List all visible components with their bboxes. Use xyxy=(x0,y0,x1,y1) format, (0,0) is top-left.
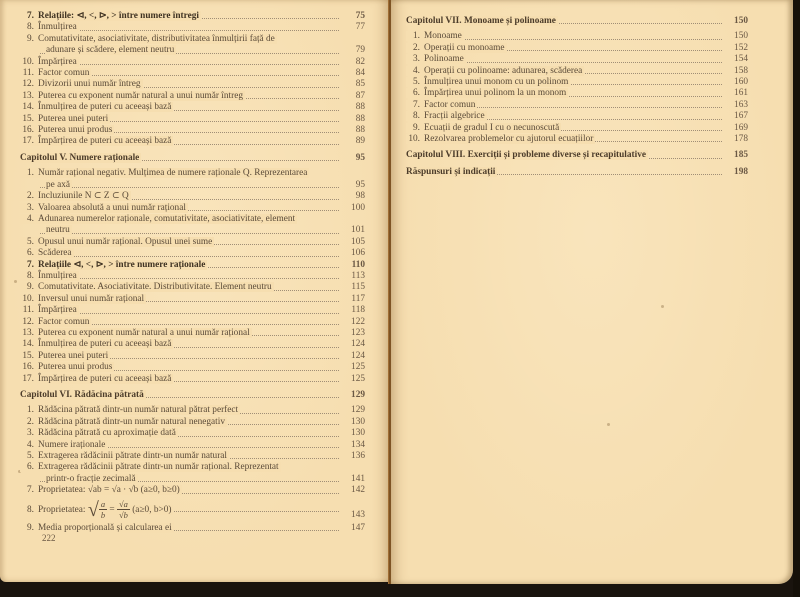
entry-text: Capitolul VIII. Exerciții și probleme di… xyxy=(406,150,646,160)
entry-number: 7. xyxy=(20,11,34,22)
toc-entry[interactable]: 5.Înmulțirea unui monom cu un polinom160 xyxy=(406,77,748,88)
toc-entry[interactable]: 16.Puterea unui produs125 xyxy=(20,362,365,373)
toc-entry[interactable]: 2.Rădăcina pătrată dintr-un număr natura… xyxy=(20,417,365,428)
page-number: 160 xyxy=(722,77,748,88)
entry-text: pe axă xyxy=(46,180,70,190)
entry-text: Monoame xyxy=(424,31,462,41)
toc-entry[interactable]: 11.Împărțirea118 xyxy=(20,305,365,316)
entry-text: Înmulțirea de puteri cu aceeași bază xyxy=(38,102,171,112)
entry-title: 9.Ecuații de gradul I cu o necunoscută xyxy=(406,123,561,133)
toc-entry[interactable]: 17.Împărțirea de puteri cu aceeași bază8… xyxy=(20,136,365,147)
entry-number: 9. xyxy=(20,523,34,534)
entry-title: 10.Inversul unui număr rațional xyxy=(20,294,146,304)
page-number: 77 xyxy=(339,22,365,33)
entry-number: 13. xyxy=(20,91,34,102)
toc-entry[interactable]: 1.Număr rațional negativ. Mulțimea de nu… xyxy=(20,168,365,179)
toc-entry[interactable]: 10.Rezolvarea problemelor cu ajutorul ec… xyxy=(406,134,748,145)
page-number: 82 xyxy=(339,57,365,68)
entry-number: 2. xyxy=(20,417,34,428)
entry-text: printr-o fracție zecimală xyxy=(46,474,136,484)
toc-entry[interactable]: 6.Împărțirea unui polinom la un monom161 xyxy=(406,88,748,99)
paper-stain xyxy=(14,280,17,283)
entry-text: Puterea unui produs xyxy=(38,362,112,372)
entry-title: 14.Înmulțirea de puteri cu aceeași bază xyxy=(20,339,173,349)
page-number: 115 xyxy=(339,282,365,293)
page-number: 113 xyxy=(339,271,365,282)
entry-text: Număr rațional negativ. Mulțimea de nume… xyxy=(38,168,307,178)
toc-entry[interactable]: 10.Inversul unui număr rațional117 xyxy=(20,294,365,305)
entry-title: 13.Puterea cu exponent număr natural a u… xyxy=(20,91,245,101)
toc-entry[interactable]: 6.Extragerea rădăcinii pătrate dintr-un … xyxy=(20,462,365,473)
entry-text: Rădăcina pătrată dintr-un număr natural … xyxy=(38,417,225,427)
page-number: 130 xyxy=(339,417,365,428)
entry-title: 4.Adunarea numerelor raționale, comutati… xyxy=(20,214,297,224)
entry-number: 7. xyxy=(20,485,34,496)
entry-title: 11.Împărțirea xyxy=(20,305,79,315)
formula-label: Proprietatea: xyxy=(38,505,88,515)
left-page: 7.Relațiile: ⊲, <, ⊳, > între numere înt… xyxy=(0,0,389,582)
entry-text: Media proporțională și calcularea ei xyxy=(38,523,172,533)
toc-entry[interactable]: 14.Înmulțirea de puteri cu aceeași bază8… xyxy=(20,102,365,113)
toc-entry[interactable]: 16.Puterea unui produs88 xyxy=(20,125,365,136)
toc-entry[interactable]: 5.Extragerea rădăcinii pătrate dintr-un … xyxy=(20,451,365,462)
toc-entry[interactable]: 15.Puterea unei puteri88 xyxy=(20,114,365,125)
entry-number: 12. xyxy=(20,317,34,328)
entry-title: 3.Polinoame xyxy=(406,54,466,64)
toc-entry[interactable]: 4.Numere iraționale134 xyxy=(20,440,365,451)
toc-entry[interactable]: adunare și scădere, element neutru79 xyxy=(20,45,365,56)
entry-title: 16.Puterea unui produs xyxy=(20,125,114,135)
entry-number: 9. xyxy=(20,34,34,45)
page-number: 75 xyxy=(339,11,365,22)
page-number: 100 xyxy=(339,203,365,214)
page-number: 130 xyxy=(339,428,365,439)
entry-title: 8.Înmulțirea xyxy=(20,22,79,32)
toc-entry[interactable]: 7.Proprietatea: √ab = √a · √b (a≥0, b≥0)… xyxy=(20,485,365,496)
toc-entry[interactable]: 8.Proprietatea: √ab = √a√b (a≥0, b>0)143 xyxy=(20,499,365,521)
entry-number: 13. xyxy=(20,328,34,339)
entry-title: 11.Factor comun xyxy=(20,68,91,78)
toc-entry[interactable]: 14.Înmulțirea de puteri cu aceeași bază1… xyxy=(20,339,365,350)
page-number: 147 xyxy=(339,523,365,534)
entry-title: 13.Puterea cu exponent număr natural a u… xyxy=(20,328,252,338)
toc-entry[interactable]: 3.Rădăcina pătrată cu aproximație dată13… xyxy=(20,428,365,439)
entry-number: 12. xyxy=(20,79,34,90)
toc-entry[interactable]: 4.Operații cu polinoame: adunarea, scăde… xyxy=(406,66,748,77)
entry-number: 4. xyxy=(20,440,34,451)
toc-entry[interactable]: 1.Monoame150 xyxy=(406,31,748,42)
entry-title: 17.Împărțirea de puteri cu aceeași bază xyxy=(20,136,173,146)
entry-text: Înmulțirea unui monom cu un polinom xyxy=(424,77,568,87)
entry-text: adunare și scădere, element neutru xyxy=(46,45,174,55)
toc-chapter-entry[interactable]: Capitolul VIII. Exerciții și probleme di… xyxy=(406,150,748,161)
entry-text: Înmulțirea de puteri cu aceeași bază xyxy=(38,339,171,349)
equals-sign: = xyxy=(107,505,117,515)
entry-title: 6.Extragerea rădăcinii pătrate dintr-un … xyxy=(20,462,281,472)
entry-title: 8.Înmulțirea xyxy=(20,271,79,281)
entry-title: 9.Media proporțională și calcularea ei xyxy=(20,523,174,533)
page-number: 222 xyxy=(42,533,56,543)
page-number: 141 xyxy=(339,474,365,485)
entry-number: 10. xyxy=(20,57,34,68)
entry-title: 7.Proprietatea: √ab = √a · √b (a≥0, b≥0) xyxy=(20,485,182,495)
entry-number: 6. xyxy=(20,248,34,259)
entry-title: pe axă xyxy=(46,180,72,190)
entry-title: 7.Relațiile ⊲, <, ⊳, > între numere rați… xyxy=(20,260,207,270)
entry-title: 8.Fracții algebrice xyxy=(406,111,487,121)
entry-text: Împărțirea unui polinom la un monom xyxy=(424,88,566,98)
entry-title: 5.Înmulțirea unui monom cu un polinom xyxy=(406,77,570,87)
entry-title: 1.Monoame xyxy=(406,31,464,41)
page-number: 101 xyxy=(339,225,365,236)
entry-title: 5.Opusul unui număr rațional. Opusul une… xyxy=(20,237,214,247)
entry-text: Proprietatea: √ab = √a · √b (a≥0, b≥0) xyxy=(38,485,180,495)
entry-number: 8. xyxy=(20,271,34,282)
paper-stain xyxy=(607,423,610,426)
toc-entry[interactable]: 9.Comutativitate, asociativitate, distri… xyxy=(20,34,365,45)
entry-text: Fracții algebrice xyxy=(424,111,485,121)
entry-text: Rădăcina pătrată cu aproximație dată xyxy=(38,428,176,438)
formula-condition: (a≥0, b>0) xyxy=(130,505,172,515)
page-number: 124 xyxy=(339,351,365,362)
toc-chapter-entry[interactable]: Răspunsuri și indicații198 xyxy=(406,167,748,178)
page-number: 158 xyxy=(722,66,748,77)
entry-number: 2. xyxy=(20,191,34,202)
entry-title: 5.Extragerea rădăcinii pătrate dintr-un … xyxy=(20,451,229,461)
right-page: Capitolul VII. Monoame și polinoame1501.… xyxy=(391,0,793,584)
toc-entry[interactable]: 3.Polinoame154 xyxy=(406,54,748,65)
entry-text: Operații cu polinoame: adunarea, scădere… xyxy=(424,66,582,76)
entry-number: 9. xyxy=(406,123,420,134)
fraction: √a√b xyxy=(117,499,130,520)
entry-number: 5. xyxy=(20,451,34,462)
entry-title: 9.Comutativitate, asociativitate, distri… xyxy=(20,34,277,44)
entry-title: 1.Rădăcina pătrată dintr-un număr natura… xyxy=(20,405,240,415)
page-number: 122 xyxy=(339,317,365,328)
page-number: 129 xyxy=(339,390,365,401)
entry-number: 17. xyxy=(20,136,34,147)
entry-title: printr-o fracție zecimală xyxy=(46,474,138,484)
toc-entry[interactable]: 9.Comutativitate. Asociativitate. Distri… xyxy=(20,282,365,293)
entry-title: 6.Împărțirea unui polinom la un monom xyxy=(406,88,568,98)
toc-entry[interactable]: 7.Factor comun163 xyxy=(406,100,748,111)
fraction: ab xyxy=(99,499,107,520)
page-number: 110 xyxy=(339,260,365,271)
entry-number: 6. xyxy=(20,462,34,473)
entry-text: Ecuații de gradul I cu o necunoscută xyxy=(424,123,559,133)
entry-text: Împărțirea de puteri cu aceeași bază xyxy=(38,136,171,146)
entry-number: 3. xyxy=(20,428,34,439)
toc-entry[interactable]: 13.Puterea cu exponent număr natural a u… xyxy=(20,91,365,102)
entry-text: Capitolul VI. Rădăcina pătrată xyxy=(20,390,144,400)
page-number: 136 xyxy=(339,451,365,462)
page-number: 123 xyxy=(339,328,365,339)
entry-number: 5. xyxy=(406,77,420,88)
entry-number: 7. xyxy=(20,260,34,271)
entry-number: 5. xyxy=(20,237,34,248)
entry-text: Înmulțirea xyxy=(38,22,77,32)
page-number: 150 xyxy=(722,31,748,42)
toc-entry[interactable]: 8.Înmulțirea77 xyxy=(20,22,365,33)
entry-text: Răspunsuri și indicații xyxy=(406,167,495,177)
entry-text: Puterea cu exponent număr natural a unui… xyxy=(38,328,250,338)
entry-text: Comutativitate, asociativitate, distribu… xyxy=(38,34,275,44)
toc-entry[interactable]: 9.Ecuații de gradul I cu o necunoscută16… xyxy=(406,123,748,134)
page-number: 169 xyxy=(722,123,748,134)
entry-text: Adunarea numerelor raționale, comutativi… xyxy=(38,214,295,224)
toc-entry[interactable]: neutru101 xyxy=(20,225,365,236)
page-number: 84 xyxy=(339,68,365,79)
entry-text: Valoarea absolută a unui număr rațional xyxy=(38,203,186,213)
page-number: 106 xyxy=(339,248,365,259)
page-number: 125 xyxy=(339,362,365,373)
entry-text: Numere iraționale xyxy=(38,440,105,450)
entry-number: 15. xyxy=(20,114,34,125)
entry-title: 2.Operații cu monoame xyxy=(406,43,507,53)
page-number: 87 xyxy=(339,91,365,102)
paper-stain xyxy=(661,305,664,308)
toc-entry[interactable]: 11.Factor comun84 xyxy=(20,68,365,79)
page-number: 125 xyxy=(339,374,365,385)
entry-text: Polinoame xyxy=(424,54,464,64)
page-number: 95 xyxy=(339,153,365,164)
dot-leader xyxy=(40,233,339,234)
toc-entry[interactable]: 2.Operații cu monoame152 xyxy=(406,43,748,54)
page-number: 198 xyxy=(722,167,748,178)
entry-title: 15.Puterea unei puteri xyxy=(20,351,110,361)
entry-number: 10. xyxy=(20,294,34,305)
sqrt-symbol: √ xyxy=(88,499,99,521)
entry-text: Împărțirea xyxy=(38,57,77,67)
page-number: 167 xyxy=(722,111,748,122)
page-number: 89 xyxy=(339,136,365,147)
entry-text: Împărțirea de puteri cu aceeași bază xyxy=(38,374,171,384)
entry-title: 10.Rezolvarea problemelor cu ajutorul ec… xyxy=(406,134,595,144)
entry-title: 15.Puterea unei puteri xyxy=(20,114,110,124)
page-number: 118 xyxy=(339,305,365,316)
toc-entry[interactable]: 12.Factor comun122 xyxy=(20,317,365,328)
entry-text: Relațiile ⊲, <, ⊳, > între numere rațion… xyxy=(38,260,205,270)
table-of-contents-right: Capitolul VII. Monoame și polinoame1501.… xyxy=(406,11,748,182)
entry-text: Înmulțirea xyxy=(38,271,77,281)
entry-title: 4.Numere iraționale xyxy=(20,440,107,450)
entry-number: 10. xyxy=(406,134,420,145)
entry-text: Împărțirea xyxy=(38,305,77,315)
page-number: 178 xyxy=(722,134,748,145)
page-number: 88 xyxy=(339,114,365,125)
entry-title: 6.Scăderea xyxy=(20,248,74,258)
entry-text: Comutativitate. Asociativitate. Distribu… xyxy=(38,282,272,292)
toc-entry[interactable]: 9.Media proporțională și calcularea ei14… xyxy=(20,523,365,534)
page-number: 163 xyxy=(722,100,748,111)
entry-text: Puterea unei puteri xyxy=(38,351,108,361)
entry-title: Capitolul V. Numere raționale xyxy=(20,153,141,163)
toc-entry[interactable]: 3.Valoarea absolută a unui număr raționa… xyxy=(20,203,365,214)
toc-entry[interactable]: 10.Împărțirea82 xyxy=(20,57,365,68)
toc-entry[interactable]: 8.Înmulțirea113 xyxy=(20,271,365,282)
entry-title: 7.Factor comun xyxy=(406,100,477,110)
entry-text: Factor comun xyxy=(38,317,89,327)
entry-title: 2.Incluziunile N ⊂ Z ⊂ Q xyxy=(20,191,131,201)
toc-entry[interactable]: 7.Relațiile ⊲, <, ⊳, > între numere rați… xyxy=(20,260,365,271)
entry-number: 1. xyxy=(20,405,34,416)
toc-entry[interactable]: 15.Puterea unei puteri124 xyxy=(20,351,365,362)
page-number: 152 xyxy=(722,43,748,54)
toc-chapter-entry[interactable]: Capitolul VII. Monoame și polinoame150 xyxy=(406,16,748,27)
entry-text: Relațiile: ⊲, <, ⊳, > între numere între… xyxy=(38,11,199,21)
entry-number: 8. xyxy=(20,22,34,33)
page-number: 105 xyxy=(339,237,365,248)
entry-text: Extragerea rădăcinii pătrate dintr-un nu… xyxy=(38,462,279,472)
scan-background xyxy=(793,0,800,597)
entry-title: 3.Valoarea absolută a unui număr raționa… xyxy=(20,203,188,213)
dot-leader xyxy=(40,187,339,188)
entry-text: Rădăcina pătrată dintr-un număr natural … xyxy=(38,405,238,415)
entry-text: Incluziunile N ⊂ Z ⊂ Q xyxy=(38,191,129,201)
page-number: 161 xyxy=(722,88,748,99)
entry-title: 12.Factor comun xyxy=(20,317,91,327)
entry-number: 14. xyxy=(20,102,34,113)
entry-text: Opusul unui număr rațional. Opusul unei … xyxy=(38,237,212,247)
toc-entry[interactable]: 1.Rădăcina pătrată dintr-un număr natura… xyxy=(20,405,365,416)
entry-text: Scăderea xyxy=(38,248,72,258)
entry-text: Divizorii unui număr întreg xyxy=(38,79,141,89)
entry-number: 11. xyxy=(20,68,34,79)
entry-number: 8. xyxy=(406,111,420,122)
entry-text: Capitolul VII. Monoame și polinoame xyxy=(406,16,556,26)
entry-title: 9.Comutativitate. Asociativitate. Distri… xyxy=(20,282,274,292)
entry-title: Răspunsuri și indicații xyxy=(406,167,497,177)
entry-text: Capitolul V. Numere raționale xyxy=(20,153,139,163)
page-number: 150 xyxy=(722,16,748,27)
entry-text: Factor comun xyxy=(424,100,475,110)
entry-title: Capitolul VIII. Exerciții și probleme di… xyxy=(406,150,648,160)
toc-chapter-entry[interactable]: Capitolul VI. Rădăcina pătrată129 xyxy=(20,390,365,401)
entry-number: 1. xyxy=(20,168,34,179)
entry-title: 12.Divizorii unui număr întreg xyxy=(20,79,143,89)
page-number: 88 xyxy=(339,125,365,136)
entry-title: 7.Relațiile: ⊲, <, ⊳, > între numere înt… xyxy=(20,11,201,21)
toc-entry[interactable]: 12.Divizorii unui număr întreg85 xyxy=(20,79,365,90)
entry-title: adunare și scădere, element neutru xyxy=(46,45,176,55)
toc-entry[interactable]: 5.Opusul unui număr rațional. Opusul une… xyxy=(20,237,365,248)
entry-title: 2.Rădăcina pătrată dintr-un număr natura… xyxy=(20,417,227,427)
entry-title: 8.Proprietatea: √ab = √a√b (a≥0, b>0) xyxy=(20,505,173,515)
toc-entry[interactable]: 8.Fracții algebrice167 xyxy=(406,111,748,122)
entry-text: Puterea cu exponent număr natural a unui… xyxy=(38,91,243,101)
toc-entry[interactable]: 2.Incluziunile N ⊂ Z ⊂ Q98 xyxy=(20,191,365,202)
entry-number: 3. xyxy=(406,54,420,65)
page-number: 85 xyxy=(339,79,365,90)
entry-title: 1.Număr rațional negativ. Mulțimea de nu… xyxy=(20,168,309,178)
toc-entry[interactable]: printr-o fracție zecimală141 xyxy=(20,474,365,485)
entry-number: 4. xyxy=(406,66,420,77)
page-number: 79 xyxy=(339,45,365,56)
entry-number: 7. xyxy=(406,100,420,111)
page-number: 134 xyxy=(339,440,365,451)
page-number: 129 xyxy=(339,405,365,416)
entry-number: 3. xyxy=(20,203,34,214)
entry-title: neutru xyxy=(46,225,72,235)
page-number: 154 xyxy=(722,54,748,65)
entry-number: 11. xyxy=(20,305,34,316)
page-number: 98 xyxy=(339,191,365,202)
entry-number: 1. xyxy=(406,31,420,42)
entry-title: 16.Puterea unui produs xyxy=(20,362,114,372)
toc-entry[interactable]: 7.Relațiile: ⊲, <, ⊳, > între numere înt… xyxy=(20,11,365,22)
toc-entry[interactable]: 17.Împărțirea de puteri cu aceeași bază1… xyxy=(20,374,365,385)
entry-number: 16. xyxy=(20,125,34,136)
page-number: 142 xyxy=(339,485,365,496)
toc-entry[interactable]: 6.Scăderea106 xyxy=(20,248,365,259)
entry-number: 16. xyxy=(20,362,34,373)
entry-title: 17.Împărțirea de puteri cu aceeași bază xyxy=(20,374,173,384)
entry-number: 4. xyxy=(20,214,34,225)
entry-text: Inversul unui număr rațional xyxy=(38,294,144,304)
page-number: 117 xyxy=(339,294,365,305)
toc-chapter-entry[interactable]: Capitolul V. Numere raționale95 xyxy=(20,153,365,164)
page-number: 124 xyxy=(339,339,365,350)
entry-number: 8. xyxy=(20,499,34,521)
toc-entry[interactable]: 13.Puterea cu exponent număr natural a u… xyxy=(20,328,365,339)
toc-entry[interactable]: pe axă95 xyxy=(20,180,365,191)
entry-title: 10.Împărțirea xyxy=(20,57,79,67)
entry-text: Factor comun xyxy=(38,68,89,78)
entry-title: 3.Rădăcina pătrată cu aproximație dată xyxy=(20,428,178,438)
entry-number: 6. xyxy=(406,88,420,99)
page-number: 95 xyxy=(339,180,365,191)
entry-number: 15. xyxy=(20,351,34,362)
entry-text: Rezolvarea problemelor cu ajutorul ecuaț… xyxy=(424,134,593,144)
entry-number: 14. xyxy=(20,339,34,350)
entry-title: 4.Operații cu polinoame: adunarea, scăde… xyxy=(406,66,584,76)
toc-entry[interactable]: 4.Adunarea numerelor raționale, comutati… xyxy=(20,214,365,225)
page-number: 88 xyxy=(339,102,365,113)
entry-title: Capitolul VI. Rădăcina pătrată xyxy=(20,390,146,400)
entry-title: Capitolul VII. Monoame și polinoame xyxy=(406,16,558,26)
entry-text: Operații cu monoame xyxy=(424,43,505,53)
entry-number: 2. xyxy=(406,43,420,54)
entry-title: 14.Înmulțirea de puteri cu aceeași bază xyxy=(20,102,173,112)
page-number: 185 xyxy=(722,150,748,161)
entry-text: Extragerea rădăcinii pătrate dintr-un nu… xyxy=(38,451,227,461)
entry-text: neutru xyxy=(46,225,70,235)
entry-text: Puterea unei puteri xyxy=(38,114,108,124)
entry-text: Puterea unui produs xyxy=(38,125,112,135)
entry-number: 17. xyxy=(20,374,34,385)
table-of-contents-left: 7.Relațiile: ⊲, <, ⊳, > între numere înt… xyxy=(20,11,365,534)
entry-number: 9. xyxy=(20,282,34,293)
